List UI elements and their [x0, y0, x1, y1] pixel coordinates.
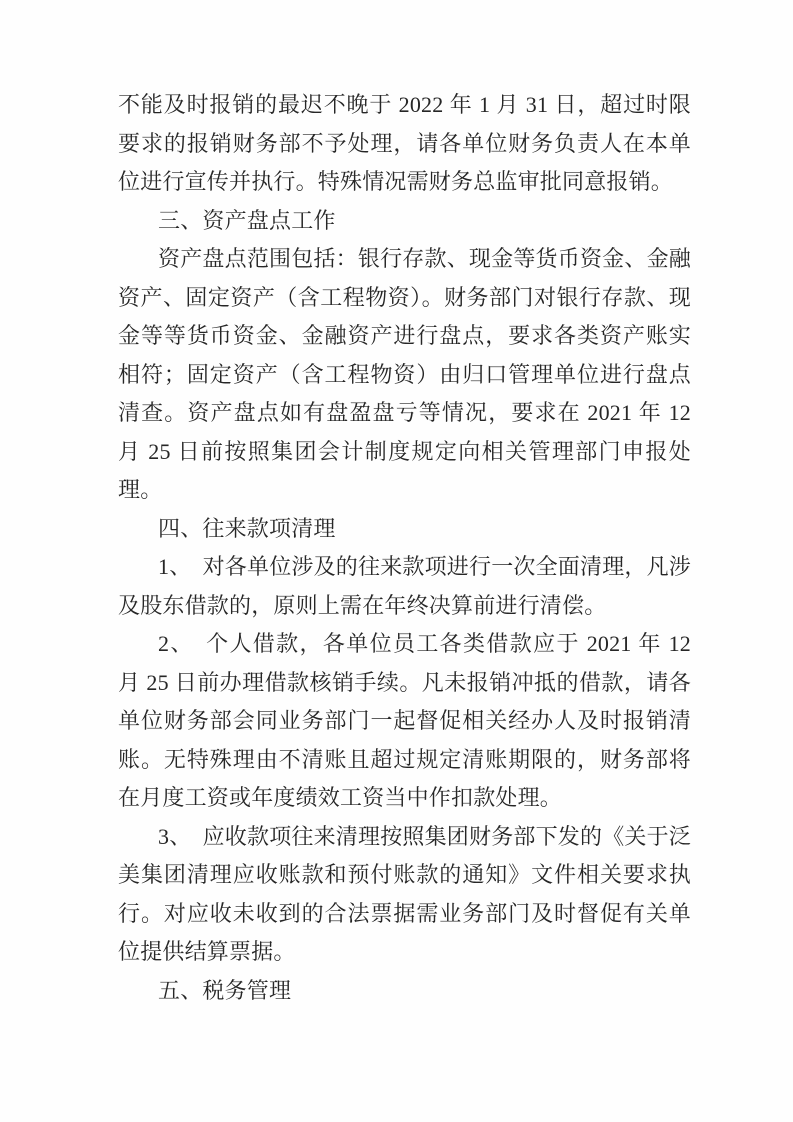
paragraph: 不能及时报销的最迟不晚于 2022 年 1 月 31 日，超过时限要求的报销财务…: [118, 86, 691, 202]
section-heading: 三、资产盘点工作: [118, 202, 691, 241]
section-heading: 五、税务管理: [118, 972, 691, 1011]
document-page: 不能及时报销的最迟不晚于 2022 年 1 月 31 日，超过时限要求的报销财务…: [0, 0, 793, 1122]
paragraph: 2、 个人借款，各单位员工各类借款应于 2021 年 12 月 25 日前办理借…: [118, 625, 691, 818]
section-heading: 四、往来款项清理: [118, 510, 691, 549]
paragraph: 1、 对各单位涉及的往来款项进行一次全面清理，凡涉及股东借款的，原则上需在年终决…: [118, 548, 691, 625]
paragraph: 3、 应收款项往来清理按照集团财务部下发的《关于泛美集团清理应收账款和预付账款的…: [118, 818, 691, 972]
paragraph: 资产盘点范围包括：银行存款、现金等货币资金、金融资产、固定资产（含工程物资）。财…: [118, 240, 691, 510]
document-body: 不能及时报销的最迟不晚于 2022 年 1 月 31 日，超过时限要求的报销财务…: [118, 86, 691, 1010]
